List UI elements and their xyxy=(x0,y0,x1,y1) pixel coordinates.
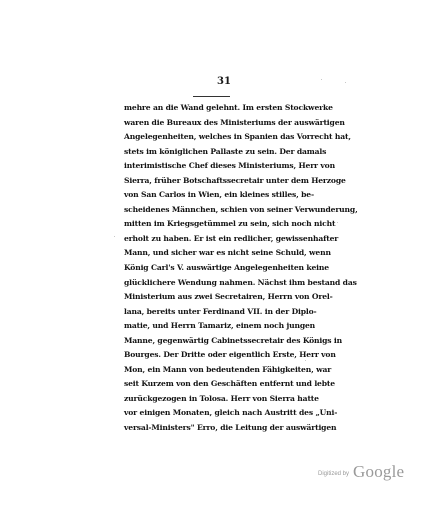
text-line: Angelegenheiten, welches in Spanien das … xyxy=(124,130,298,145)
text-line: zurückgezogen in Tolosa. Herr von Sierra… xyxy=(124,392,298,407)
scan-speck xyxy=(114,236,115,237)
text-line: vor einigen Monaten, gleich nach Austrit… xyxy=(124,406,298,421)
watermark-prefix: Digitized by xyxy=(318,471,349,477)
text-line: stets im königlichen Pallaste zu sein. D… xyxy=(124,145,298,160)
text-line: mitten im Kriegsgetümmel zu sein, sich n… xyxy=(124,217,298,232)
text-line: interimistische Chef dieses Ministeriums… xyxy=(124,159,298,174)
body-text: mehre an die Wand gelehnt. Im ersten Sto… xyxy=(124,101,298,436)
text-line: Mon, ein Mann von bedeutenden Fähigkeite… xyxy=(124,363,298,378)
text-line: von San Carlos in Wien, ein kleines stil… xyxy=(124,188,298,203)
text-line: mehre an die Wand gelehnt. Im ersten Sto… xyxy=(124,101,298,116)
text-line: versal-Ministers" Erro, die Leitung der … xyxy=(124,421,298,436)
google-logo-text: Google xyxy=(353,462,404,481)
header-rule xyxy=(193,96,230,97)
text-line: waren die Bureaux des Ministeriums der a… xyxy=(124,116,298,131)
text-line: matie, und Herrn Tamariz, einem noch jun… xyxy=(124,319,298,334)
digitized-by-google-watermark: Digitized by Google xyxy=(318,462,404,482)
scan-speck xyxy=(345,82,346,83)
text-line: seit Kurzem von den Geschäften entfernt … xyxy=(124,377,298,392)
text-line: Manne, gegenwärtig Cabinetssecretair des… xyxy=(124,334,298,349)
text-line: Bourges. Der Dritte oder eigentlich Erst… xyxy=(124,348,298,363)
scan-speck xyxy=(321,79,322,80)
text-line: lana, bereits unter Ferdinand VII. in de… xyxy=(124,305,298,320)
text-line: Mann, und sicher war es nicht seine Schu… xyxy=(124,246,298,261)
scan-speck xyxy=(337,222,338,223)
scan-speck xyxy=(189,414,190,415)
text-line: scheidenes Männchen, schien von seiner V… xyxy=(124,203,298,218)
text-line: König Carl's V. auswärtige Angelegenheit… xyxy=(124,261,298,276)
scan-speck xyxy=(321,106,322,107)
scan-speck xyxy=(305,360,306,361)
page-number: 31 xyxy=(0,76,448,87)
text-line: glücklichere Wendung nahmen. Nächst ihm … xyxy=(124,276,298,291)
text-line: Sierra, früher Botschaftssecretair unter… xyxy=(124,174,298,189)
text-line: Ministerium aus zwei Secretairen, Herrn … xyxy=(124,290,298,305)
text-line: erholt zu haben. Er ist ein redlicher, g… xyxy=(124,232,298,247)
